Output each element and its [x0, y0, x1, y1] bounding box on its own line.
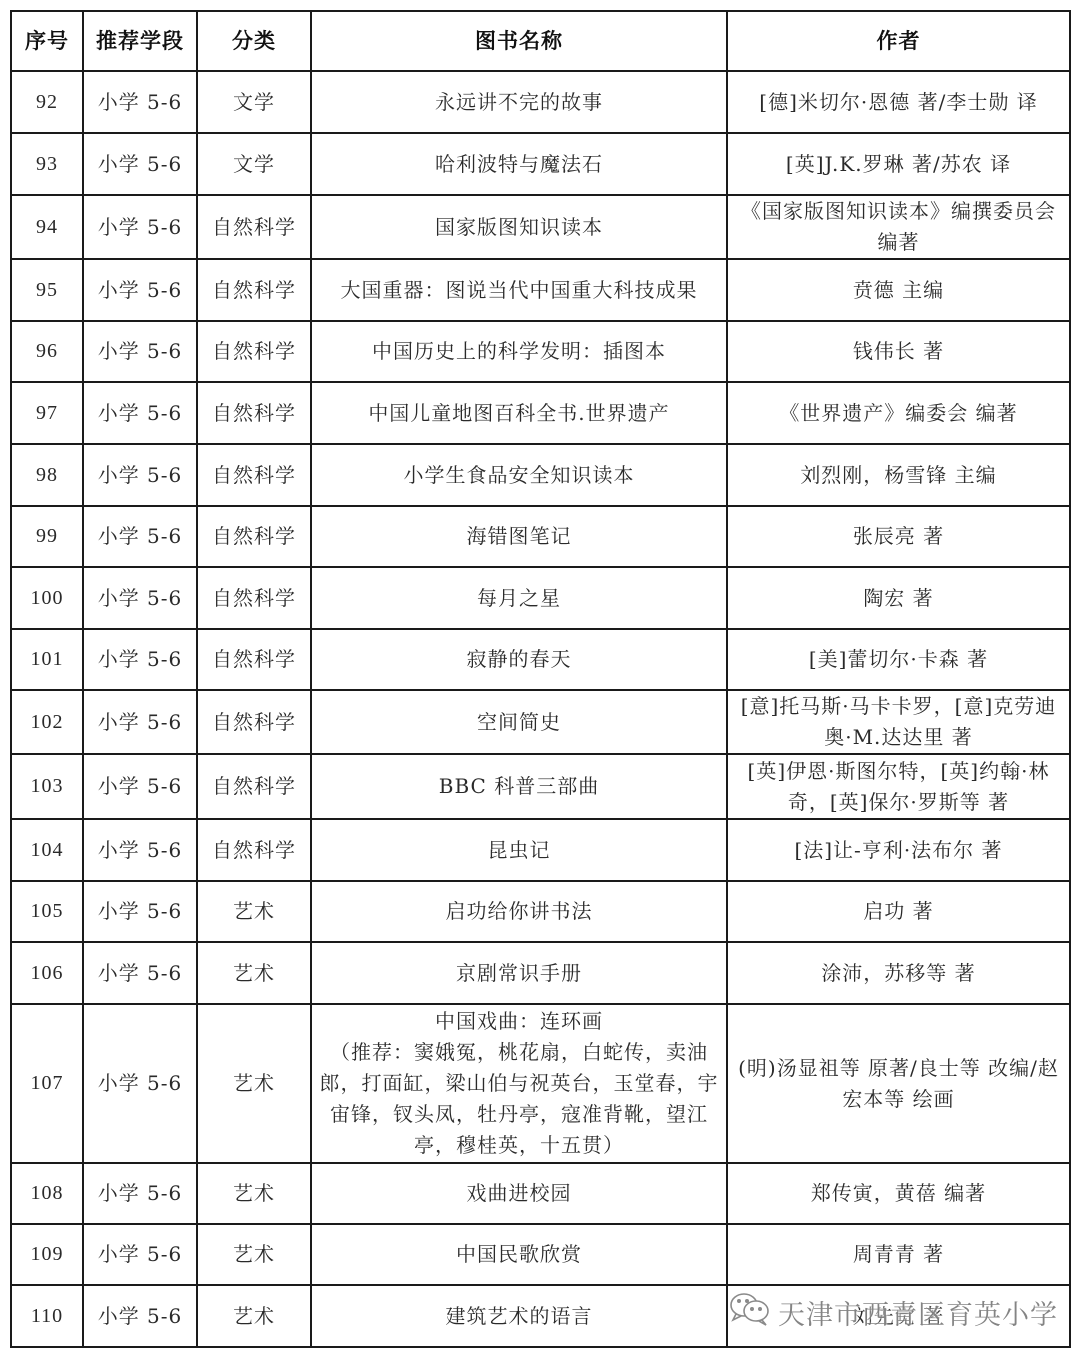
header-num: 序号 — [11, 11, 83, 71]
cell-title: 大国重器：图说当代中国重大科技成果 — [311, 259, 727, 321]
cell-title: 海错图笔记 — [311, 506, 727, 567]
cell-title: 小学生食品安全知识读本 — [311, 444, 727, 506]
cell-author: 贲德 主编 — [727, 259, 1070, 321]
header-author: 作者 — [727, 11, 1070, 71]
cell-title: 启功给你讲书法 — [311, 881, 727, 942]
title-recommend-list: （推荐：窦娥冤，桃花扇，白蛇传，卖油郎，打面缸，梁山伯与祝英台，玉堂春，宇宙锋，… — [318, 1037, 720, 1161]
cell-category: 自然科学 — [197, 444, 311, 506]
cell-stage: 小学 5-6 — [83, 506, 197, 567]
cell-author: [英]J.K.罗琳 著/苏农 译 — [727, 133, 1070, 195]
cell-author: [美]蕾切尔·卡森 著 — [727, 629, 1070, 690]
cell-author: 陶宏 著 — [727, 567, 1070, 629]
cell-title: 昆虫记 — [311, 819, 727, 881]
cell-category: 自然科学 — [197, 321, 311, 382]
table-row: 104小学 5-6自然科学昆虫记[法]让-亨利·法布尔 著 — [11, 819, 1070, 881]
table-row: 101小学 5-6自然科学寂静的春天[美]蕾切尔·卡森 著 — [11, 629, 1070, 690]
table-row: 96小学 5-6自然科学中国历史上的科学发明：插图本钱伟长 著 — [11, 321, 1070, 382]
cell-author: 涂沛，苏移等 著 — [727, 942, 1070, 1004]
cell-title: 寂静的春天 — [311, 629, 727, 690]
cell-num: 110 — [11, 1285, 83, 1347]
cell-title: BBC 科普三部曲 — [311, 754, 727, 819]
cell-category: 自然科学 — [197, 195, 311, 259]
cell-author: 张辰亮 著 — [727, 506, 1070, 567]
cell-num: 103 — [11, 754, 83, 819]
cell-category: 艺术 — [197, 1004, 311, 1163]
header-title: 图书名称 — [311, 11, 727, 71]
cell-author: 郑传寅，黄蓓 编著 — [727, 1163, 1070, 1224]
cell-category: 自然科学 — [197, 754, 311, 819]
table-row: 95小学 5-6自然科学大国重器：图说当代中国重大科技成果贲德 主编 — [11, 259, 1070, 321]
cell-stage: 小学 5-6 — [83, 259, 197, 321]
table-header-row: 序号 推荐学段 分类 图书名称 作者 — [11, 11, 1070, 71]
cell-title: 建筑艺术的语言 — [311, 1285, 727, 1347]
cell-title: 中国民歌欣赏 — [311, 1224, 727, 1285]
cell-stage: 小学 5-6 — [83, 382, 197, 444]
cell-stage: 小学 5-6 — [83, 195, 197, 259]
cell-num: 97 — [11, 382, 83, 444]
table-row: 100小学 5-6自然科学每月之星陶宏 著 — [11, 567, 1070, 629]
table-row: 99小学 5-6自然科学海错图笔记张辰亮 著 — [11, 506, 1070, 567]
cell-author: (明)汤显祖等 原著/良士等 改编/赵宏本等 绘画 — [727, 1004, 1070, 1163]
cell-category: 文学 — [197, 133, 311, 195]
cell-title: 永远讲不完的故事 — [311, 71, 727, 133]
cell-author: 钱伟长 著 — [727, 321, 1070, 382]
cell-category: 艺术 — [197, 1163, 311, 1224]
cell-num: 96 — [11, 321, 83, 382]
cell-category: 自然科学 — [197, 259, 311, 321]
cell-category: 艺术 — [197, 1285, 311, 1347]
cell-author: 刘烈刚，杨雪锋 主编 — [727, 444, 1070, 506]
cell-num: 106 — [11, 942, 83, 1004]
cell-author: [意]托马斯·马卡卡罗，[意]克劳迪奥·M.达达里 著 — [727, 690, 1070, 754]
table-row: 108小学 5-6艺术戏曲进校园郑传寅，黄蓓 编著 — [11, 1163, 1070, 1224]
table-row: 103小学 5-6自然科学BBC 科普三部曲[英]伊恩·斯图尔特，[英]约翰·林… — [11, 754, 1070, 819]
cell-num: 102 — [11, 690, 83, 754]
table-row: 92小学 5-6文学永远讲不完的故事[德]米切尔·恩德 著/李士勋 译 — [11, 71, 1070, 133]
cell-stage: 小学 5-6 — [83, 754, 197, 819]
cell-title: 中国历史上的科学发明：插图本 — [311, 321, 727, 382]
cell-num: 105 — [11, 881, 83, 942]
title-line: 中国戏曲：连环画 — [318, 1006, 720, 1037]
cell-author: [英]伊恩·斯图尔特，[英]约翰·林奇，[英]保尔·罗斯等 著 — [727, 754, 1070, 819]
cell-num: 109 — [11, 1224, 83, 1285]
table-row: 97小学 5-6自然科学中国儿童地图百科全书.世界遗产《世界遗产》编委会 编著 — [11, 382, 1070, 444]
book-list-table: 序号 推荐学段 分类 图书名称 作者 92小学 5-6文学永远讲不完的故事[德]… — [10, 10, 1071, 1348]
table-row: 94小学 5-6自然科学国家版图知识读本《国家版图知识读本》编撰委员会 编著 — [11, 195, 1070, 259]
cell-num: 98 — [11, 444, 83, 506]
cell-category: 艺术 — [197, 942, 311, 1004]
cell-category: 文学 — [197, 71, 311, 133]
table-row: 98小学 5-6自然科学小学生食品安全知识读本刘烈刚，杨雪锋 主编 — [11, 444, 1070, 506]
cell-num: 104 — [11, 819, 83, 881]
cell-category: 艺术 — [197, 1224, 311, 1285]
cell-stage: 小学 5-6 — [83, 71, 197, 133]
cell-stage: 小学 5-6 — [83, 444, 197, 506]
cell-stage: 小学 5-6 — [83, 819, 197, 881]
cell-category: 艺术 — [197, 881, 311, 942]
cell-stage: 小学 5-6 — [83, 942, 197, 1004]
cell-category: 自然科学 — [197, 567, 311, 629]
cell-author: 启功 著 — [727, 881, 1070, 942]
table-row: 109小学 5-6艺术中国民歌欣赏周青青 著 — [11, 1224, 1070, 1285]
cell-num: 107 — [11, 1004, 83, 1163]
cell-stage: 小学 5-6 — [83, 1224, 197, 1285]
table-row: 105小学 5-6艺术启功给你讲书法启功 著 — [11, 881, 1070, 942]
cell-num: 94 — [11, 195, 83, 259]
header-category: 分类 — [197, 11, 311, 71]
cell-title: 每月之星 — [311, 567, 727, 629]
cell-stage: 小学 5-6 — [83, 690, 197, 754]
cell-stage: 小学 5-6 — [83, 881, 197, 942]
cell-author: 《世界遗产》编委会 编著 — [727, 382, 1070, 444]
cell-author: 周青青 著 — [727, 1224, 1070, 1285]
cell-title: 空间简史 — [311, 690, 727, 754]
cell-title: 国家版图知识读本 — [311, 195, 727, 259]
cell-stage: 小学 5-6 — [83, 629, 197, 690]
cell-author: [法]让-亨利·法布尔 著 — [727, 819, 1070, 881]
table-row: 110小学 5-6艺术建筑艺术的语言刘先觉 著 — [11, 1285, 1070, 1347]
cell-title: 京剧常识手册 — [311, 942, 727, 1004]
cell-stage: 小学 5-6 — [83, 1163, 197, 1224]
cell-category: 自然科学 — [197, 819, 311, 881]
cell-author: 刘先觉 著 — [727, 1285, 1070, 1347]
cell-stage: 小学 5-6 — [83, 567, 197, 629]
cell-num: 108 — [11, 1163, 83, 1224]
cell-title: 戏曲进校园 — [311, 1163, 727, 1224]
table-row: 93小学 5-6文学哈利波特与魔法石[英]J.K.罗琳 著/苏农 译 — [11, 133, 1070, 195]
cell-stage: 小学 5-6 — [83, 321, 197, 382]
cell-stage: 小学 5-6 — [83, 133, 197, 195]
cell-author: 《国家版图知识读本》编撰委员会 编著 — [727, 195, 1070, 259]
cell-num: 92 — [11, 71, 83, 133]
cell-num: 101 — [11, 629, 83, 690]
cell-stage: 小学 5-6 — [83, 1285, 197, 1347]
cell-num: 100 — [11, 567, 83, 629]
cell-category: 自然科学 — [197, 382, 311, 444]
cell-category: 自然科学 — [197, 629, 311, 690]
table-row: 106小学 5-6艺术京剧常识手册涂沛，苏移等 著 — [11, 942, 1070, 1004]
cell-category: 自然科学 — [197, 690, 311, 754]
cell-title: 中国儿童地图百科全书.世界遗产 — [311, 382, 727, 444]
table-row: 102小学 5-6自然科学空间简史[意]托马斯·马卡卡罗，[意]克劳迪奥·M.达… — [11, 690, 1070, 754]
table-row: 107小学 5-6艺术中国戏曲：连环画（推荐：窦娥冤，桃花扇，白蛇传，卖油郎，打… — [11, 1004, 1070, 1163]
header-stage: 推荐学段 — [83, 11, 197, 71]
cell-num: 99 — [11, 506, 83, 567]
cell-stage: 小学 5-6 — [83, 1004, 197, 1163]
cell-num: 95 — [11, 259, 83, 321]
cell-title: 中国戏曲：连环画（推荐：窦娥冤，桃花扇，白蛇传，卖油郎，打面缸，梁山伯与祝英台，… — [311, 1004, 727, 1163]
cell-num: 93 — [11, 133, 83, 195]
cell-title: 哈利波特与魔法石 — [311, 133, 727, 195]
cell-category: 自然科学 — [197, 506, 311, 567]
cell-author: [德]米切尔·恩德 著/李士勋 译 — [727, 71, 1070, 133]
